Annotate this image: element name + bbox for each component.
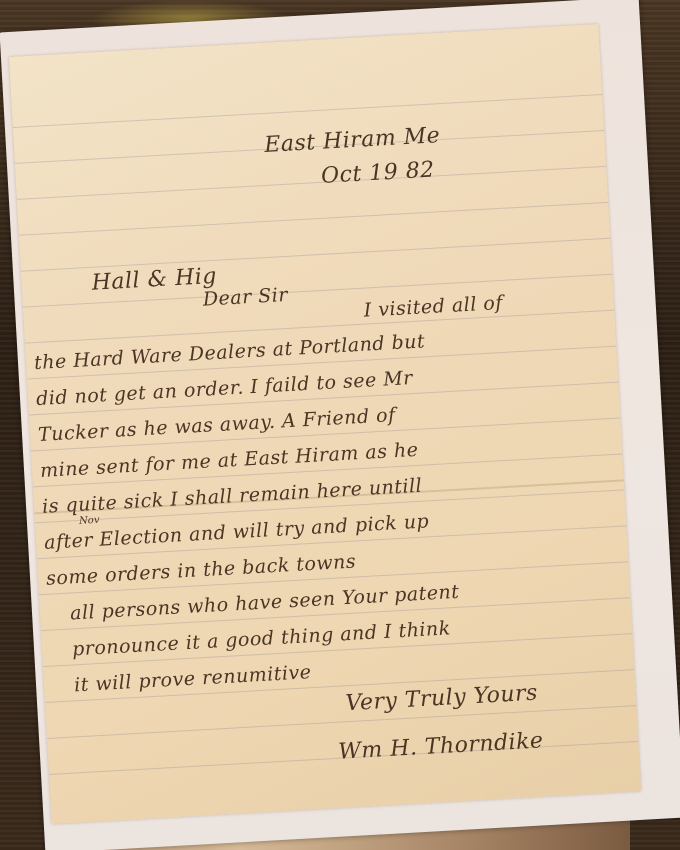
letter-body-line: it will prove renumitive	[74, 661, 312, 696]
ruled-line	[13, 94, 602, 128]
letter-signature: Wm H. Thorndike	[338, 728, 544, 764]
ruled-line	[17, 166, 606, 200]
letter-place: East Hiram Me	[264, 123, 441, 158]
letter-body-line: some orders in the back towns	[46, 550, 357, 589]
ruled-line	[19, 202, 608, 236]
letter-date: Oct 19 82	[320, 158, 435, 189]
letter-paper: East Hiram Me Oct 19 82 Hall & Hig Dear …	[9, 24, 641, 824]
insertion-note: Nov	[79, 515, 100, 527]
letter-salutation: Dear Sir	[202, 284, 288, 311]
letter-addressee: Hall & Hig	[91, 264, 217, 296]
letter-closing: Very Truly Yours	[345, 681, 539, 717]
ruled-line	[21, 238, 610, 272]
ruled-line	[47, 705, 636, 739]
